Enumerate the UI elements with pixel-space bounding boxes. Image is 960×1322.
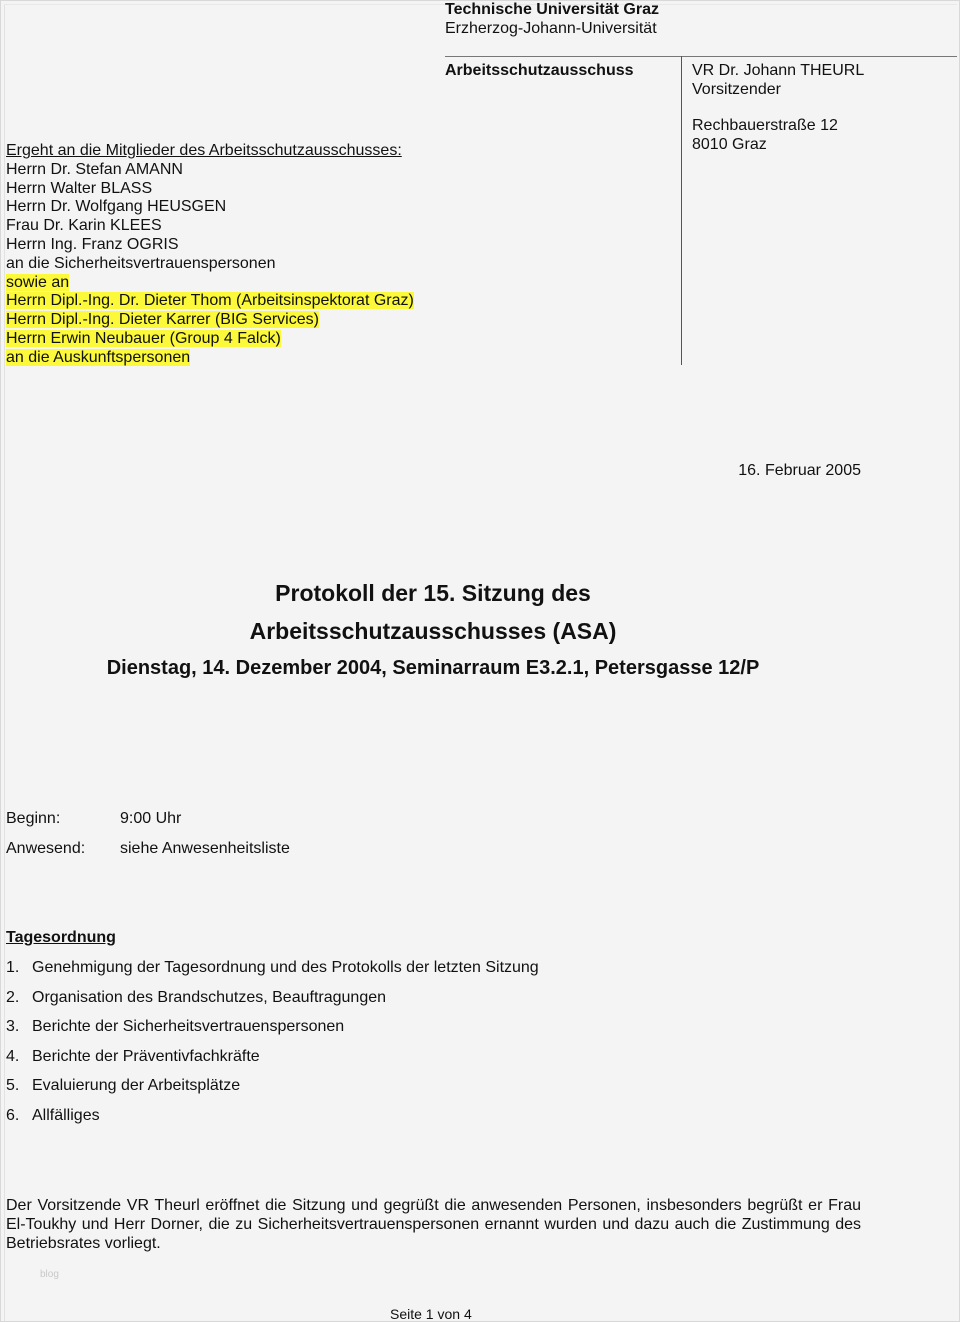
watermark: blog <box>40 1269 59 1280</box>
document-title-line1: Protokoll der 15. Sitzung des <box>0 579 866 607</box>
chair-block: VR Dr. Johann THEURL Vorsitzender <box>692 61 864 99</box>
chair-role: Vorsitzender <box>692 80 864 99</box>
address-city: 8010 Graz <box>692 136 838 155</box>
university-name: Technische Universität Graz <box>445 0 659 19</box>
recipient: Herrn Walter BLASS <box>6 180 414 199</box>
recipient: Frau Dr. Karin KLEES <box>6 217 414 236</box>
committee-name: Arbeitsschutzausschuss <box>445 61 634 80</box>
body-paragraph: Der Vorsitzende VR Theurl eröffnet die S… <box>6 1196 861 1253</box>
page-number: Seite 1 von 4 <box>390 1306 472 1322</box>
agenda-item: 2.Organisation des Brandschutzes, Beauft… <box>6 988 386 1007</box>
agenda-item: 1.Genehmigung der Tagesordnung und des P… <box>6 958 539 977</box>
info-label-present: Anwesend: <box>6 839 85 858</box>
document-date: 16. Februar 2005 <box>738 461 861 480</box>
recipients-heading: Ergeht an die Mitglieder des Arbeitsschu… <box>6 142 414 161</box>
document-title-line2: Arbeitsschutzausschusses (ASA) <box>0 617 866 645</box>
recipient: Herrn Dr. Wolfgang HEUSGEN <box>6 198 414 217</box>
recipients-list: Ergeht an die Mitglieder des Arbeitsschu… <box>6 142 414 368</box>
recipient: an die Sicherheitsvertrauenspersonen <box>6 255 414 274</box>
chair-name: VR Dr. Johann THEURL <box>692 61 864 80</box>
university-subtitle: Erzherzog-Johann-Universität <box>445 19 657 38</box>
info-label-start: Beginn: <box>6 809 60 828</box>
agenda-item: 4.Berichte der Präventivfachkräfte <box>6 1047 260 1066</box>
header-divider-vertical <box>681 56 682 365</box>
highlighted-recipient: sowie an <box>6 274 69 291</box>
address-street: Rechbauerstraße 12 <box>692 117 838 136</box>
highlighted-recipient: an die Auskunftspersonen <box>6 349 190 366</box>
info-value-present: siehe Anwesenheitsliste <box>120 839 290 858</box>
highlighted-recipient: Herrn Dipl.-Ing. Dieter Karrer (BIG Serv… <box>6 311 319 328</box>
highlighted-recipient: Herrn Erwin Neubauer (Group 4 Falck) <box>6 330 281 347</box>
agenda-item: 5.Evaluierung der Arbeitsplätze <box>6 1076 240 1095</box>
address-block: Rechbauerstraße 12 8010 Graz <box>692 117 838 154</box>
agenda-title: Tagesordnung <box>6 928 116 947</box>
highlighted-recipient: Herrn Dipl.-Ing. Dr. Dieter Thom (Arbeit… <box>6 292 414 309</box>
meeting-details: Dienstag, 14. Dezember 2004, Seminarraum… <box>0 655 866 681</box>
recipient: Herrn Dr. Stefan AMANN <box>6 161 414 180</box>
header-divider-horizontal <box>445 56 957 57</box>
info-value-start: 9:00 Uhr <box>120 809 181 828</box>
recipient: Herrn Ing. Franz OGRIS <box>6 236 414 255</box>
agenda-item: 6.Allfälliges <box>6 1106 100 1125</box>
agenda-item: 3.Berichte der Sicherheitsvertrauenspers… <box>6 1017 344 1036</box>
